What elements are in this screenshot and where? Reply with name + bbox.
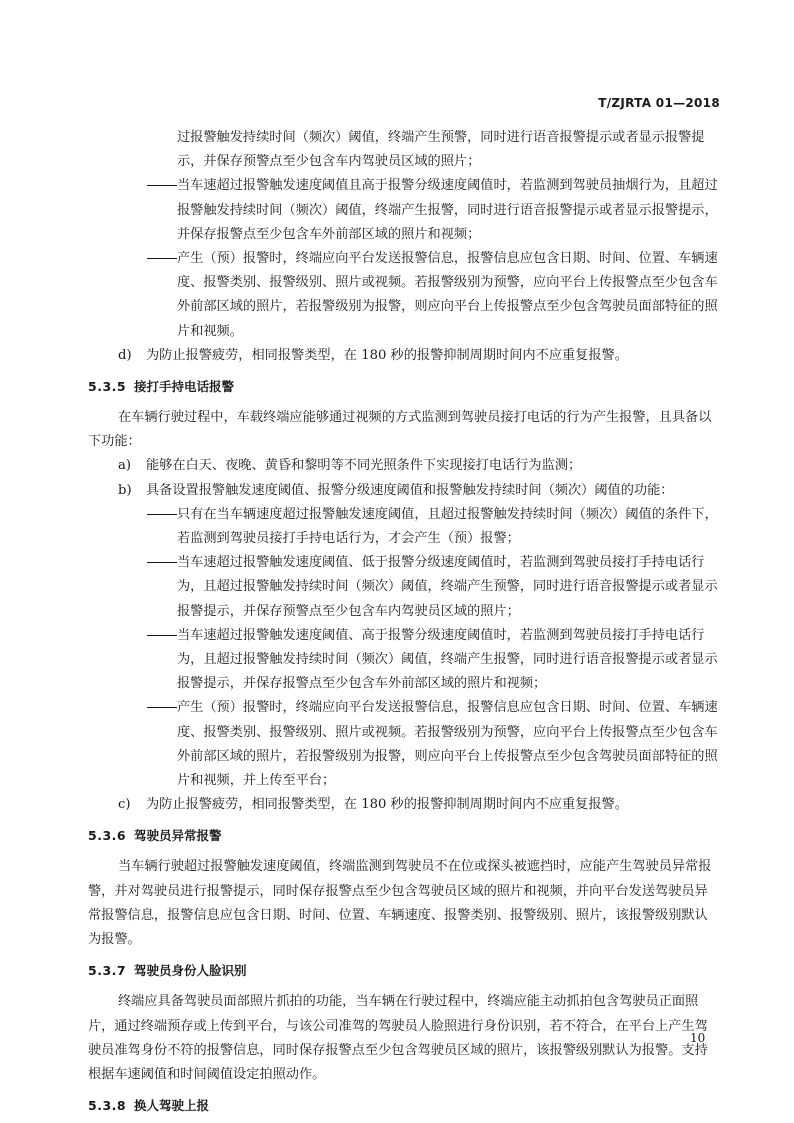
dash-item: 产生（预）报警时，终端应向平台发送报警信息，报警信息应包含日期、时间、位置、车辆… <box>88 247 718 344</box>
continued-dash-text: 过报警触发持续时间（频次）阈值，终端产生预警，同时进行语音报警提示或者显示报警提… <box>88 126 718 174</box>
section-heading-5-3-5: 5.3.5接打手持电话报警 <box>88 376 718 398</box>
page-number: 10 <box>690 1031 705 1045</box>
document-id-header: T/ZJRTA 01—2018 <box>598 96 720 110</box>
section-heading-5-3-7: 5.3.7驾驶员身份人脸识别 <box>88 960 718 982</box>
section-heading-5-3-6: 5.3.6驾驶员异常报警 <box>88 825 718 847</box>
list-item-b: b) 具备设置报警触发速度阈值、报警分级速度阈值和报警触发持续时间（频次）阈值的… <box>88 479 718 503</box>
list-item-a: a) 能够在白天、夜晚、黄昏和黎明等不同光照条件下实现接打电话行为监测； <box>88 454 718 478</box>
page-content: 过报警触发持续时间（频次）阈值，终端产生预警，同时进行语音报警提示或者显示报警提… <box>88 126 718 1123</box>
list-item-c: c) 为防止报警疲劳，相同报警类型，在 180 秒的报警抑制周期时间内不应重复报… <box>88 793 718 817</box>
section-heading-5-3-8: 5.3.8换人驾驶上报 <box>88 1095 718 1117</box>
dash-item: 当车速超过报警触发速度阈值、高于报警分级速度阈值时，若监测到驾驶员接打手持电话行… <box>88 624 718 697</box>
dash-item: 产生（预）报警时，终端应向平台发送报警信息，报警信息应包含日期、时间、位置、车辆… <box>88 696 718 793</box>
section-body: 终端应具备驾驶员面部照片抓拍的功能，当车辆在行驶过程中，终端应能主动抓拍包含驾驶… <box>88 990 718 1087</box>
dash-item: 只有在当车辆速度超过报警触发速度阈值，且超过报警触发持续时间（频次）阈值的条件下… <box>88 503 718 551</box>
dash-item: 当车速超过报警触发速度阈值且高于报警分级速度阈值时，若监测到驾驶员抽烟行为，且超… <box>88 174 718 247</box>
section-intro: 在车辆行驶过程中，车载终端应能够通过视频的方式监测到驾驶员接打电话的行为产生报警… <box>88 406 718 454</box>
list-item-d: d) 为防止报警疲劳，相同报警类型，在 180 秒的报警抑制周期时间内不应重复报… <box>88 344 718 368</box>
section-body: 当车辆行驶超过报警触发速度阈值，终端监测到驾驶员不在位或探头被遮挡时，应能产生驾… <box>88 855 718 952</box>
dash-item: 当车速超过报警触发速度阈值、低于报警分级速度阈值时，若监测到驾驶员接打手持电话行… <box>88 551 718 624</box>
